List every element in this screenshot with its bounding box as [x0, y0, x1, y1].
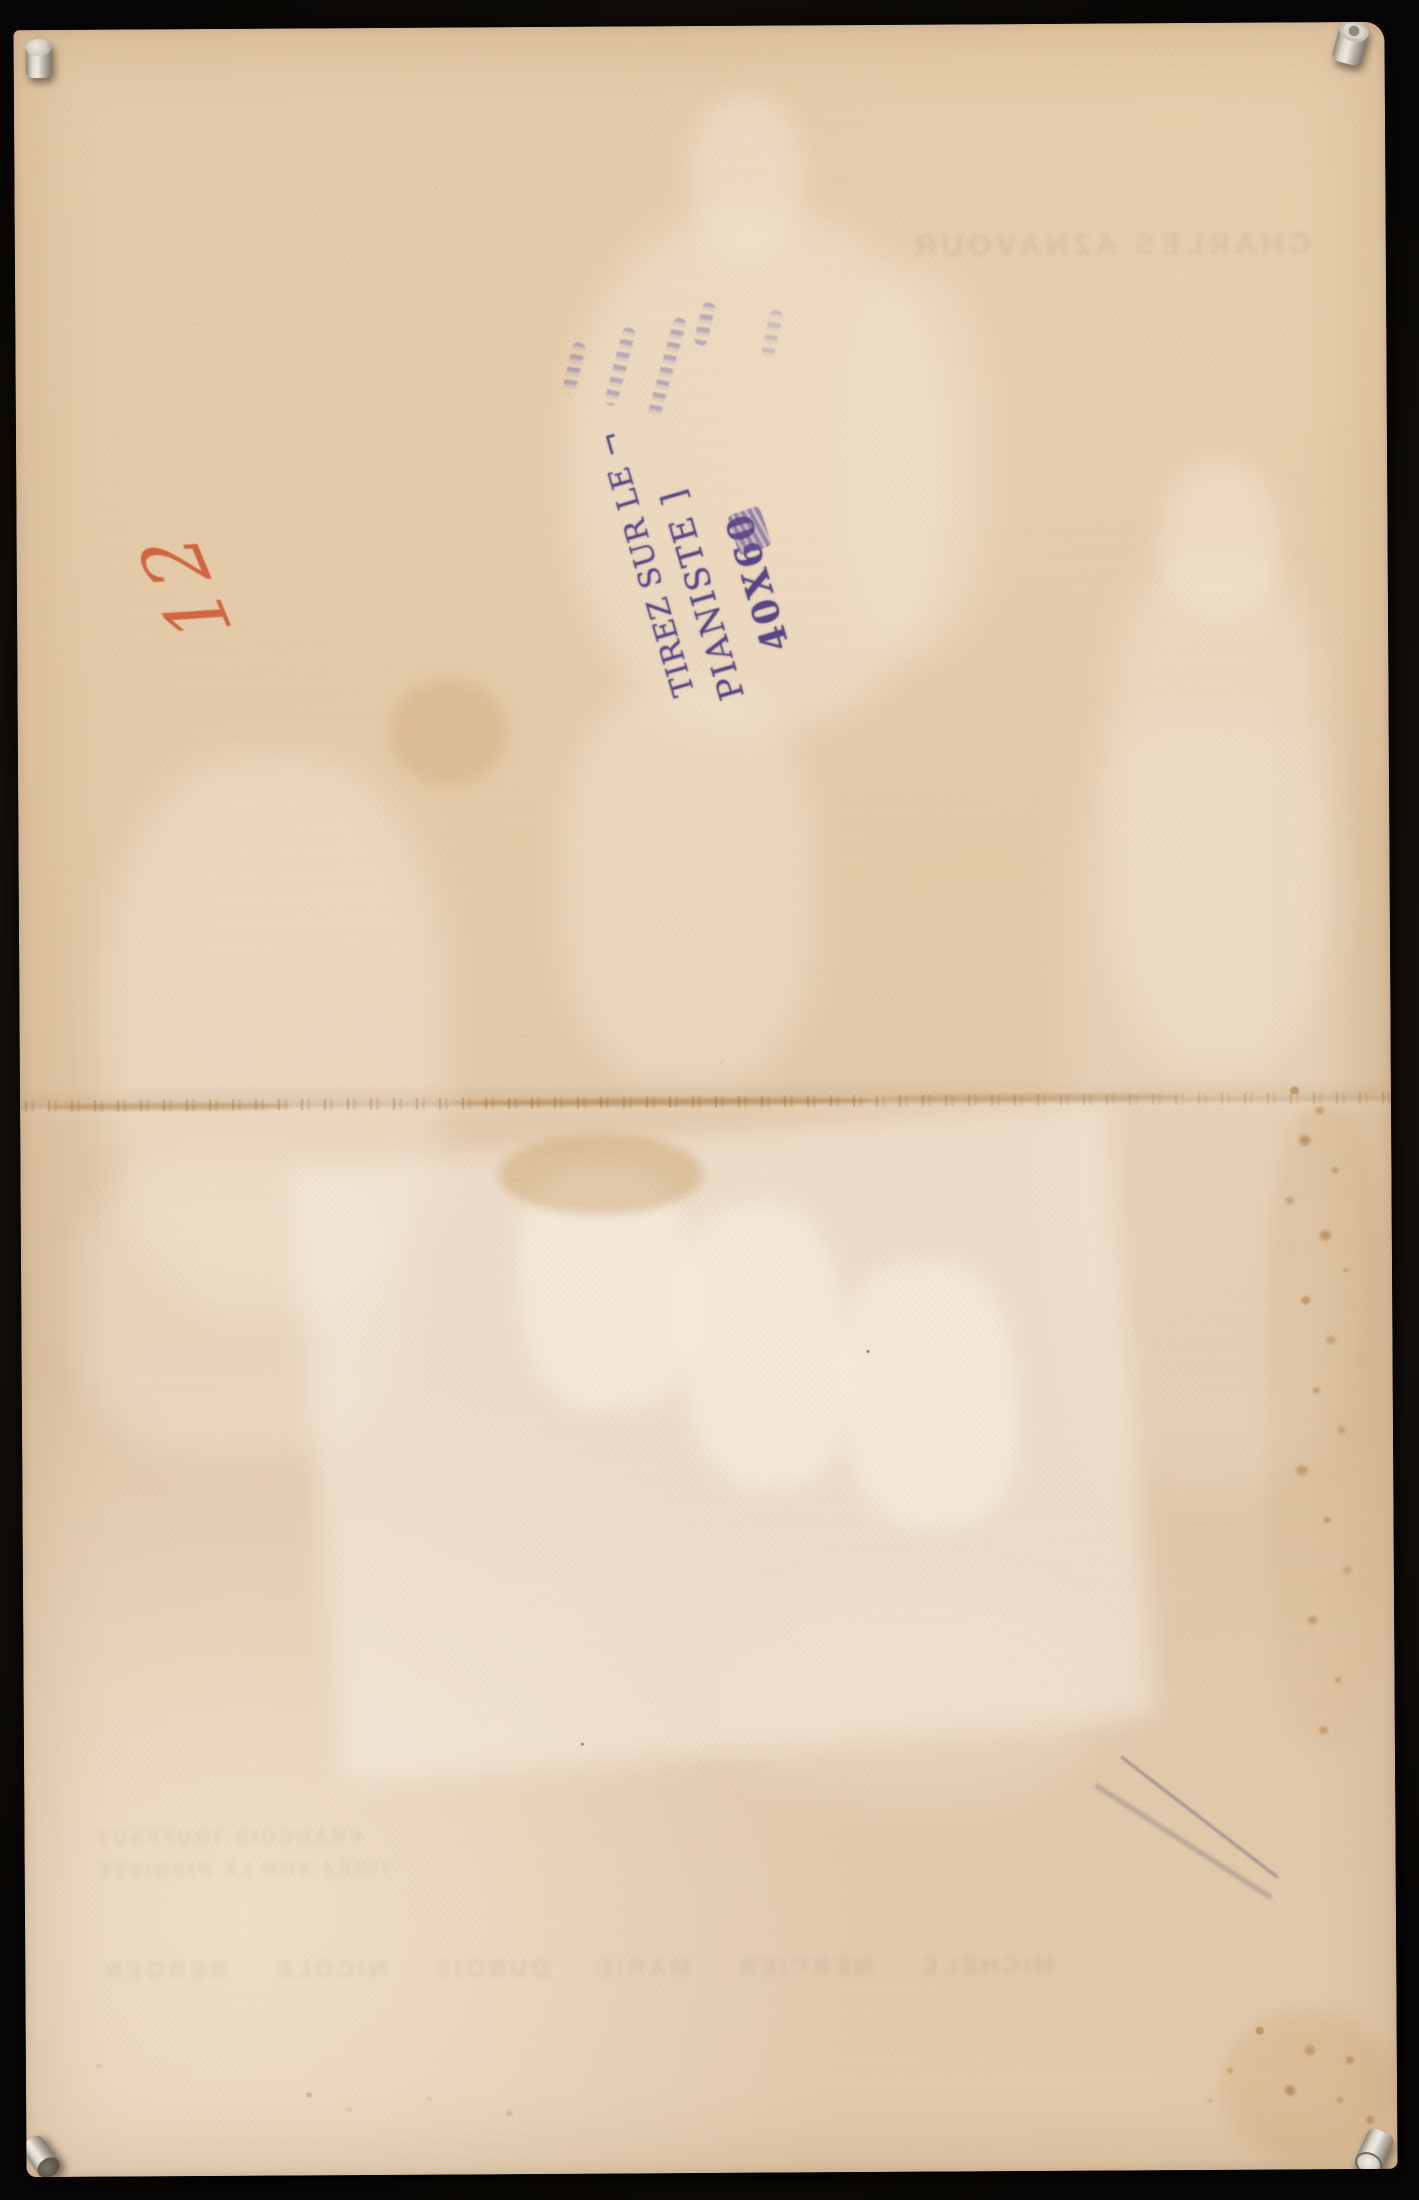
ghost-text-cast-row: MICHELE MERCIER MARIE DUBOIS NICOLE BERG…: [100, 1952, 1054, 1986]
pencil-scribble: [1093, 1783, 1273, 1901]
pushpin-cap: [26, 39, 52, 56]
poster-verso-photograph: CHARLES AZNAVOUR FRANCOIS TRUFFAUT TIREZ…: [0, 0, 1419, 2200]
tan-stain: [390, 679, 506, 785]
foxing-spots-bottom-right: [1256, 2027, 1264, 2035]
dust-specks: [867, 1350, 870, 1353]
pushpin-top-left-icon: [26, 42, 52, 78]
ghost-figure-arm: [843, 264, 995, 655]
handwritten-inventory-number: 12: [118, 521, 252, 650]
ghost-bottom-light-area: [723, 1584, 1104, 1806]
pushpin-top-right-icon: [1331, 22, 1370, 67]
ghost-text-top-title: CHARLES AZNAVOUR: [910, 227, 1310, 263]
aged-poster-paper: CHARLES AZNAVOUR FRANCOIS TRUFFAUT TIREZ…: [13, 22, 1397, 2177]
ghost-text-credit-2: TIREZ SUR LE PIANISTE: [95, 1858, 393, 1883]
ghost-text-credit-1: FRANCOIS TRUFFAUT: [94, 1826, 361, 1851]
ghost-figure-legs: [562, 685, 814, 1087]
right-edge-stain: [1263, 1100, 1389, 1751]
foxing-spots-bottom-edge: [306, 2092, 312, 2097]
